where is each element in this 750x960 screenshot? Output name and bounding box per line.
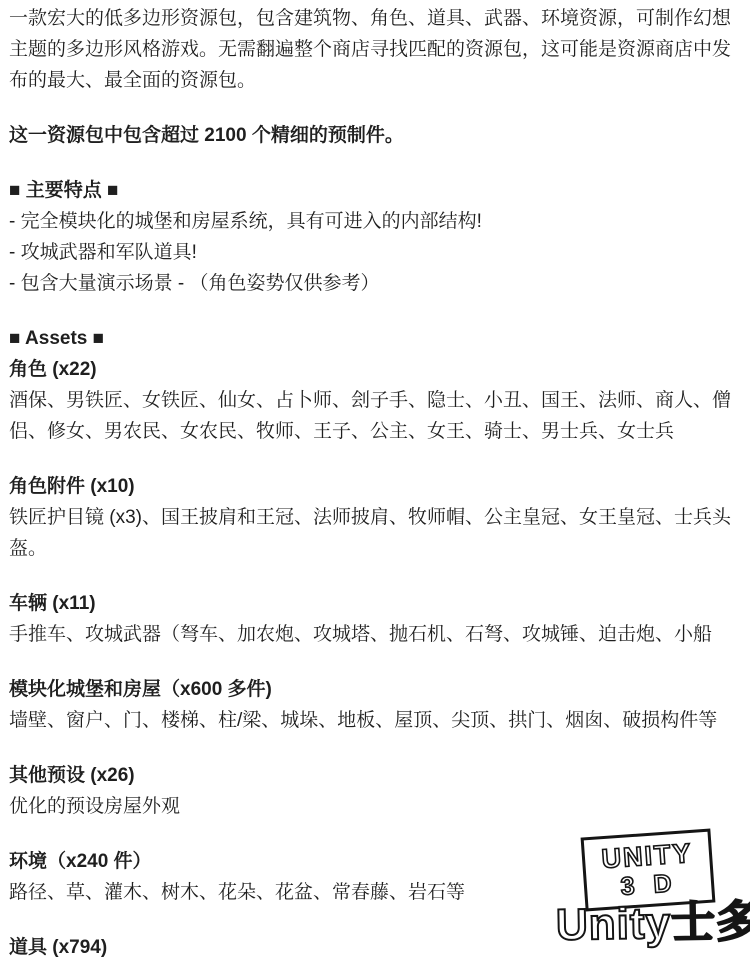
section-heading: ■ 主要特点 ■ bbox=[9, 175, 742, 206]
subsection-heading: 车辆 (x11) bbox=[9, 588, 742, 619]
key-features-section: ■ 主要特点 ■ - 完全模块化的城堡和房屋系统，具有可进入的内部结构! - 攻… bbox=[9, 175, 742, 299]
watermark-unity-text: UNITY bbox=[601, 838, 694, 874]
text-line: 主题的多边形风格游戏。无需翻遍整个商店寻找匹配的资源包，这可能是资源商店中发 bbox=[9, 34, 742, 65]
item-list-line: 铁匠护目镜 (x3)、国王披肩和王冠、法师披肩、牧师帽、公主皇冠、女王皇冠、士兵… bbox=[9, 502, 742, 533]
asset-description-document: 一款宏大的低多边形资源包，包含建筑物、角色、道具、武器、环境资源，可制作幻想 主… bbox=[0, 0, 750, 960]
feature-item: - 完全模块化的城堡和房屋系统，具有可进入的内部结构! bbox=[9, 206, 742, 237]
subsection-heading: 角色 (x22) bbox=[9, 354, 742, 385]
prefab-count-statement: 这一资源包中包含超过 2100 个精细的预制件。 bbox=[9, 120, 742, 151]
item-list-line: 盔。 bbox=[9, 533, 742, 564]
item-list-line: 优化的预设房屋外观 bbox=[9, 791, 742, 822]
subsection-heading: 角色附件 (x10) bbox=[9, 471, 742, 502]
feature-item: - 攻城武器和军队道具! bbox=[9, 237, 742, 268]
text-line: 这一资源包中包含超过 2100 个精细的预制件。 bbox=[9, 120, 742, 151]
section-heading: ■ Assets ■ bbox=[9, 323, 742, 354]
feature-item: - 包含大量演示场景 - （角色姿势仅供参考） bbox=[9, 268, 742, 299]
other-presets-section: 其他预设 (x26) 优化的预设房屋外观 bbox=[9, 760, 742, 822]
character-attachments-section: 角色附件 (x10) 铁匠护目镜 (x3)、国王披肩和王冠、法师披肩、牧师帽、公… bbox=[9, 471, 742, 564]
intro-paragraph: 一款宏大的低多边形资源包，包含建筑物、角色、道具、武器、环境资源，可制作幻想 主… bbox=[9, 3, 742, 96]
unity-shiduo-watermark-logo: Unity士多 bbox=[556, 894, 750, 954]
assets-characters-section: ■ Assets ■ 角色 (x22) 酒保、男铁匠、女铁匠、仙女、占卜师、刽子… bbox=[9, 323, 742, 447]
item-list-line: 侣、修女、男农民、女农民、牧师、王子、公主、女王、骑士、男士兵、女士兵 bbox=[9, 416, 742, 447]
item-list-line: 墙壁、窗户、门、楼梯、柱/梁、城垛、地板、屋顶、尖顶、拱门、烟囱、破损构件等 bbox=[9, 705, 742, 736]
text-line: 布的最大、最全面的资源包。 bbox=[9, 65, 742, 96]
vehicles-section: 车辆 (x11) 手推车、攻城武器（弩车、加农炮、攻城塔、抛石机、石弩、攻城锤、… bbox=[9, 588, 742, 650]
subsection-heading: 其他预设 (x26) bbox=[9, 760, 742, 791]
item-list-line: 酒保、男铁匠、女铁匠、仙女、占卜师、刽子手、隐士、小丑、国王、法师、商人、僧 bbox=[9, 385, 742, 416]
text-line: 一款宏大的低多边形资源包，包含建筑物、角色、道具、武器、环境资源，可制作幻想 bbox=[9, 3, 742, 34]
item-list-line: 手推车、攻城武器（弩车、加农炮、攻城塔、抛石机、石弩、攻城锤、迫击炮、小船 bbox=[9, 619, 742, 650]
subsection-heading: 模块化城堡和房屋（x600 多件) bbox=[9, 674, 742, 705]
modular-castle-section: 模块化城堡和房屋（x600 多件) 墙壁、窗户、门、楼梯、柱/梁、城垛、地板、屋… bbox=[9, 674, 742, 736]
